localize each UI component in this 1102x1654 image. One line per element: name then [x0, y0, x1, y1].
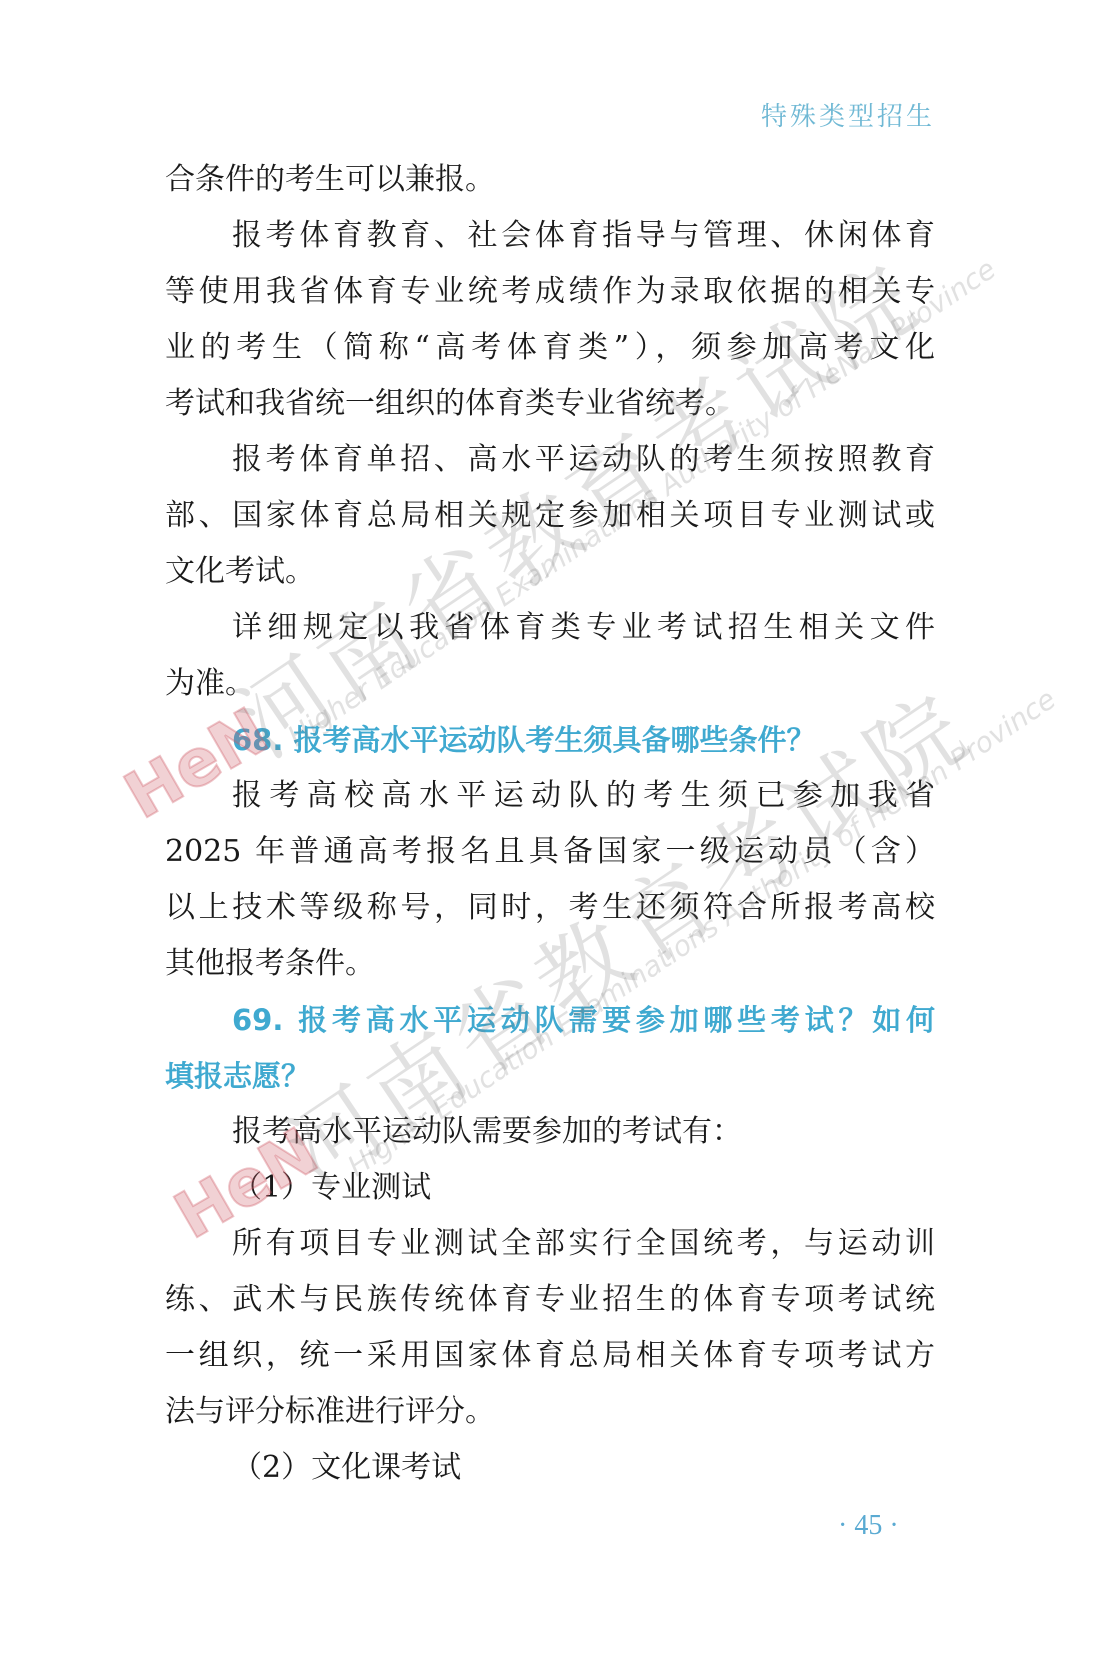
page-number: · 45 · — [838, 1510, 899, 1542]
question-heading-69-cont: 填报志愿？ — [165, 1054, 935, 1110]
text-line: 等使用我省体育专业统考成绩作为录取依据的相关专 — [165, 270, 935, 326]
body-text: 合条件的考生可以兼报。 报考体育教育、社会体育指导与管理、休闲体育 等使用我省体… — [165, 158, 935, 1502]
text-line: 合条件的考生可以兼报。 — [165, 158, 935, 214]
question-heading-68: 68. 报考高水平运动队考生须具备哪些条件？ — [165, 718, 935, 774]
question-heading-69: 69. 报考高水平运动队需要参加哪些考试？如何 — [165, 998, 935, 1054]
text-line: 一组织，统一采用国家体育总局相关体育专项考试方 — [165, 1334, 935, 1390]
text-line: 部、国家体育总局相关规定参加相关项目专业测试或 — [165, 494, 935, 550]
text-line: 2025 年普通高考报名且具备国家一级运动员（含） — [165, 830, 935, 886]
text-line: 报考体育单招、高水平运动队的考生须按照教育 — [165, 438, 935, 494]
text-line: 报考高水平运动队需要参加的考试有： — [165, 1110, 935, 1166]
text-line: 所有项目专业测试全部实行全国统考，与运动训 — [165, 1222, 935, 1278]
text-line: 考试和我省统一组织的体育类专业省统考。 — [165, 382, 935, 438]
text-line: 详细规定以我省体育类专业考试招生相关文件 — [165, 606, 935, 662]
text-line: 文化考试。 — [165, 550, 935, 606]
list-item-2: （2）文化课考试 — [165, 1446, 935, 1502]
text-line: 为准。 — [165, 662, 935, 718]
text-line: 练、武术与民族传统体育专业招生的体育专项考试统 — [165, 1278, 935, 1334]
text-line: 报考高校高水平运动队的考生须已参加我省 — [165, 774, 935, 830]
text-line: 其他报考条件。 — [165, 942, 935, 998]
text-line: 法与评分标准进行评分。 — [165, 1390, 935, 1446]
document-page: 特殊类型招生 合条件的考生可以兼报。 报考体育教育、社会体育指导与管理、休闲体育… — [0, 0, 1102, 1654]
running-title: 特殊类型招生 — [761, 96, 935, 133]
text-line: 业的考生（简称“高考体育类”），须参加高考文化 — [165, 326, 935, 382]
list-item-1: （1）专业测试 — [165, 1166, 935, 1222]
text-line: 报考体育教育、社会体育指导与管理、休闲体育 — [165, 214, 935, 270]
text-line: 以上技术等级称号，同时，考生还须符合所报考高校 — [165, 886, 935, 942]
